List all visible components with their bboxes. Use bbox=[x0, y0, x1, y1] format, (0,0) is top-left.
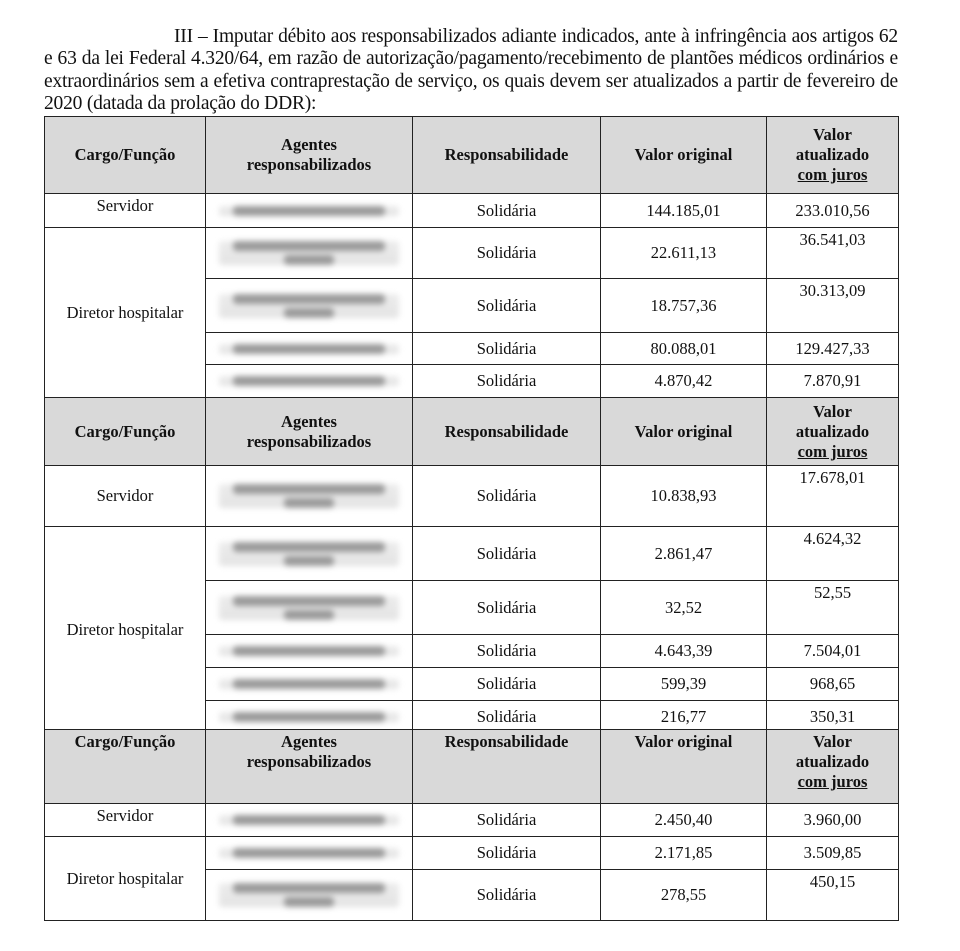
agent-cell bbox=[206, 581, 413, 635]
agent-cell bbox=[206, 466, 413, 527]
table-row: Diretor hospitalarSolidária2.171,853.509… bbox=[45, 837, 899, 870]
responsabilidade-cell: Solidária bbox=[413, 635, 601, 668]
header-valor-original: Valor original bbox=[601, 730, 767, 804]
responsabilidade-cell: Solidária bbox=[413, 527, 601, 581]
cargo-cell: Servidor bbox=[45, 804, 206, 837]
valor-original-cell: 216,77 bbox=[601, 701, 767, 733]
cargo-cell: Diretor hospitalar bbox=[45, 228, 206, 398]
agent-cell bbox=[206, 635, 413, 668]
valor-atualizado-cell: 7.870,91 bbox=[767, 365, 899, 398]
valor-atualizado-cell: 7.504,01 bbox=[767, 635, 899, 668]
agent-cell bbox=[206, 194, 413, 228]
responsabilidade-cell: Solidária bbox=[413, 804, 601, 837]
redacted-agent-name bbox=[219, 596, 399, 620]
header-agentes: Agentesresponsabilizados bbox=[206, 730, 413, 804]
valor-atualizado-cell: 350,31 bbox=[767, 701, 899, 733]
valor-atualizado-cell: 233.010,56 bbox=[767, 194, 899, 228]
cargo-cell: Servidor bbox=[45, 194, 206, 228]
header-responsabilidade: Responsabilidade bbox=[413, 398, 601, 466]
redacted-agent-name bbox=[219, 815, 399, 825]
agent-cell bbox=[206, 701, 413, 733]
agent-cell bbox=[206, 333, 413, 365]
table-row: Diretor hospitalarSolidária2.861,474.624… bbox=[45, 527, 899, 581]
valor-original-cell: 4.870,42 bbox=[601, 365, 767, 398]
table-row: ServidorSolidária144.185,01233.010,56 bbox=[45, 194, 899, 228]
agent-cell bbox=[206, 365, 413, 398]
debit-table: Cargo/FunçãoAgentesresponsabilizadosResp… bbox=[44, 116, 899, 398]
valor-original-cell: 10.838,93 bbox=[601, 466, 767, 527]
redacted-agent-name bbox=[219, 241, 399, 265]
header-valor-original: Valor original bbox=[601, 398, 767, 466]
valor-original-cell: 144.185,01 bbox=[601, 194, 767, 228]
responsabilidade-cell: Solidária bbox=[413, 365, 601, 398]
header-cargo: Cargo/Função bbox=[45, 117, 206, 194]
redacted-agent-name bbox=[219, 712, 399, 722]
responsabilidade-cell: Solidária bbox=[413, 194, 601, 228]
header-valor-atualizado: Valoratualizadocom juros bbox=[767, 730, 899, 804]
debit-table: Cargo/FunçãoAgentesresponsabilizadosResp… bbox=[44, 729, 899, 921]
agent-cell bbox=[206, 279, 413, 333]
responsabilidade-cell: Solidária bbox=[413, 279, 601, 333]
intro-paragraph-text: III – Imputar débito aos responsabilizad… bbox=[44, 26, 898, 115]
valor-atualizado-cell: 450,15 bbox=[767, 870, 899, 921]
header-agentes: Agentesresponsabilizados bbox=[206, 398, 413, 466]
valor-original-cell: 32,52 bbox=[601, 581, 767, 635]
responsabilidade-cell: Solidária bbox=[413, 333, 601, 365]
header-valor-atualizado: Valoratualizadocom juros bbox=[767, 398, 899, 466]
agent-cell bbox=[206, 870, 413, 921]
valor-original-cell: 2.171,85 bbox=[601, 837, 767, 870]
agent-cell bbox=[206, 668, 413, 701]
valor-atualizado-cell: 968,65 bbox=[767, 668, 899, 701]
responsabilidade-cell: Solidária bbox=[413, 228, 601, 279]
responsabilidade-cell: Solidária bbox=[413, 870, 601, 921]
valor-atualizado-cell: 36.541,03 bbox=[767, 228, 899, 279]
table-row: Diretor hospitalarSolidária22.611,1336.5… bbox=[45, 228, 899, 279]
redacted-agent-name bbox=[219, 883, 399, 907]
cargo-cell: Diretor hospitalar bbox=[45, 837, 206, 921]
header-valor-original: Valor original bbox=[601, 117, 767, 194]
responsabilidade-cell: Solidária bbox=[413, 466, 601, 527]
valor-atualizado-cell: 3.960,00 bbox=[767, 804, 899, 837]
cargo-cell: Servidor bbox=[45, 466, 206, 527]
table-row: ServidorSolidária10.838,9317.678,01 bbox=[45, 466, 899, 527]
table-header-row: Cargo/FunçãoAgentesresponsabilizadosResp… bbox=[45, 117, 899, 194]
redacted-agent-name bbox=[219, 848, 399, 858]
header-valor-atualizado: Valoratualizadocom juros bbox=[767, 117, 899, 194]
valor-atualizado-cell: 129.427,33 bbox=[767, 333, 899, 365]
valor-atualizado-cell: 4.624,32 bbox=[767, 527, 899, 581]
debit-table: Cargo/FunçãoAgentesresponsabilizadosResp… bbox=[44, 397, 899, 733]
agent-cell bbox=[206, 228, 413, 279]
valor-atualizado-cell: 30.313,09 bbox=[767, 279, 899, 333]
table-header-row: Cargo/FunçãoAgentesresponsabilizadosResp… bbox=[45, 398, 899, 466]
agent-cell bbox=[206, 837, 413, 870]
redacted-agent-name bbox=[219, 646, 399, 656]
responsabilidade-cell: Solidária bbox=[413, 581, 601, 635]
cargo-cell: Diretor hospitalar bbox=[45, 527, 206, 733]
valor-original-cell: 22.611,13 bbox=[601, 228, 767, 279]
redacted-agent-name bbox=[219, 206, 399, 216]
valor-original-cell: 599,39 bbox=[601, 668, 767, 701]
valor-atualizado-cell: 17.678,01 bbox=[767, 466, 899, 527]
table-header-row: Cargo/FunçãoAgentesresponsabilizadosResp… bbox=[45, 730, 899, 804]
intro-paragraph: III – Imputar débito aos responsabilizad… bbox=[44, 26, 898, 116]
redacted-agent-name bbox=[219, 679, 399, 689]
header-responsabilidade: Responsabilidade bbox=[413, 730, 601, 804]
valor-original-cell: 18.757,36 bbox=[601, 279, 767, 333]
header-responsabilidade: Responsabilidade bbox=[413, 117, 601, 194]
redacted-agent-name bbox=[219, 376, 399, 386]
valor-original-cell: 80.088,01 bbox=[601, 333, 767, 365]
responsabilidade-cell: Solidária bbox=[413, 701, 601, 733]
header-cargo: Cargo/Função bbox=[45, 398, 206, 466]
responsabilidade-cell: Solidária bbox=[413, 668, 601, 701]
agent-cell bbox=[206, 527, 413, 581]
redacted-agent-name bbox=[219, 294, 399, 318]
valor-original-cell: 2.450,40 bbox=[601, 804, 767, 837]
responsabilidade-cell: Solidária bbox=[413, 837, 601, 870]
header-cargo: Cargo/Função bbox=[45, 730, 206, 804]
valor-original-cell: 278,55 bbox=[601, 870, 767, 921]
valor-original-cell: 4.643,39 bbox=[601, 635, 767, 668]
redacted-agent-name bbox=[219, 484, 399, 508]
valor-atualizado-cell: 3.509,85 bbox=[767, 837, 899, 870]
agent-cell bbox=[206, 804, 413, 837]
valor-atualizado-cell: 52,55 bbox=[767, 581, 899, 635]
valor-original-cell: 2.861,47 bbox=[601, 527, 767, 581]
redacted-agent-name bbox=[219, 542, 399, 566]
table-row: ServidorSolidária2.450,403.960,00 bbox=[45, 804, 899, 837]
redacted-agent-name bbox=[219, 344, 399, 354]
header-agentes: Agentesresponsabilizados bbox=[206, 117, 413, 194]
